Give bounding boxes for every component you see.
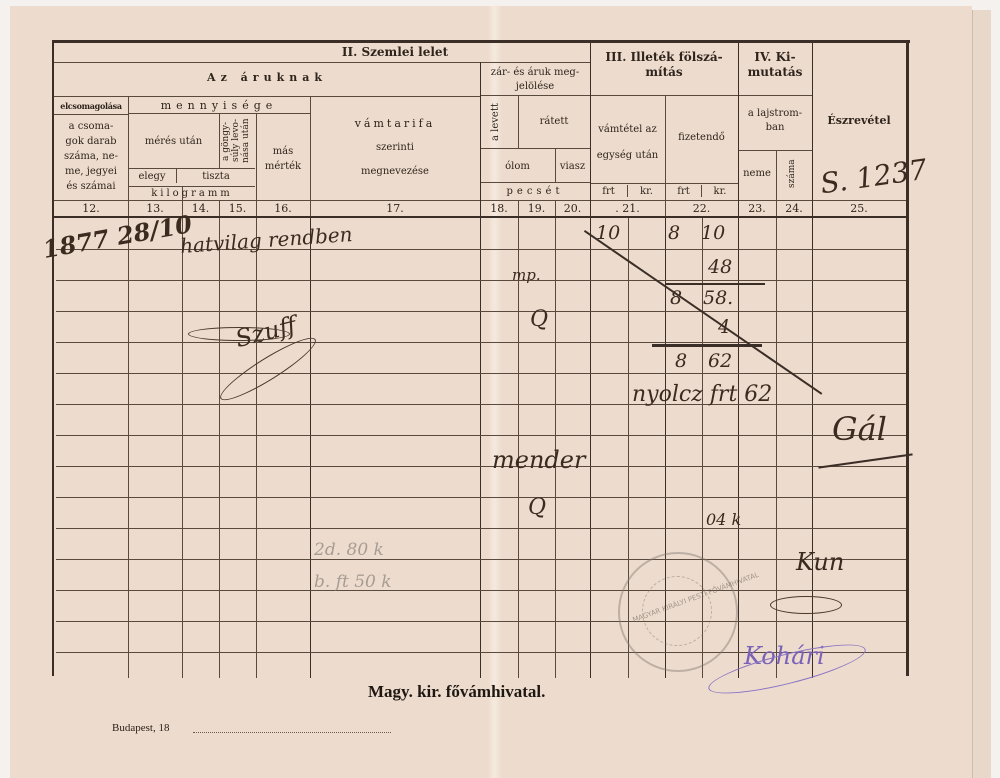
unit-label: kilogramm: [128, 188, 256, 199]
customs-office-stamp: MAGYAR KIRÁLYI PESTI FŐVÁMHIVATAL: [618, 552, 738, 672]
written-total-handwriting: nyolcz frt 62: [632, 382, 772, 407]
register-label: a lajstrom-: [738, 108, 812, 119]
tariff-label-2: szerinti: [310, 142, 480, 153]
frt-label-22: frt: [665, 186, 702, 197]
section-iv-title-2: mutatás: [738, 66, 812, 79]
applied-label: rátett: [518, 116, 590, 127]
packaging-header: elcsomagolása: [54, 102, 128, 111]
sum-line-1: [665, 283, 765, 285]
lead-label: ólom: [480, 161, 555, 172]
section-ii-title: II. Szemlei lelet: [310, 46, 480, 59]
mark-2-handwriting: Q: [528, 495, 546, 520]
tariff-label-3: megnevezése: [310, 166, 480, 177]
signature-2: Gál: [832, 410, 887, 448]
signature-3: Kun: [796, 548, 844, 576]
net-label: tiszta: [176, 171, 256, 182]
seal-header: zár- és áruk meg-: [480, 67, 590, 78]
amount-kr-2: 48: [708, 256, 732, 278]
other-measure-label: más: [256, 146, 310, 157]
pencil-note-2: b. ft 50 k: [314, 572, 392, 592]
rate-label-2: egység után: [590, 150, 665, 161]
section-iii-title: III. Illeték fölszá-: [590, 51, 738, 64]
kr-label-22: kr.: [702, 186, 738, 197]
paper-back-sheet-edge: [972, 10, 991, 778]
number-label: száma: [788, 152, 797, 196]
signature-3-flourish: [770, 596, 842, 614]
sum-line-2: [652, 344, 762, 347]
other-measure-label-2: mérték: [256, 161, 310, 172]
seal-header-2: jelölése: [480, 81, 590, 92]
amount-kr-1: 10: [701, 222, 725, 244]
quantity-header: mennyisége: [128, 100, 310, 112]
amount-frt-total: 8: [675, 350, 687, 372]
frt-label-21: frt: [590, 186, 627, 197]
seal-label: pecsét: [480, 186, 590, 197]
removed-label: a levett: [491, 100, 501, 144]
goods-header: Az áruknak: [54, 72, 480, 84]
pencil-note-1: 2d. 80 k: [314, 540, 384, 560]
section-iv-title: IV. Ki-: [738, 51, 812, 64]
place-date-label: Budapest, 18: [112, 722, 169, 734]
gross-label: elegy: [128, 171, 176, 182]
wax-label: viasz: [555, 161, 590, 172]
kind-label: neme: [738, 168, 776, 179]
signature-1-underline-loop: [188, 327, 290, 341]
date-fill-line: [193, 732, 391, 733]
office-name: Magy. kir. fővámhivatal.: [368, 682, 545, 702]
mender-note-handwriting: mender: [492, 446, 585, 474]
amount-frt-1: 8: [668, 222, 680, 244]
mark-1-handwriting: Q: [530, 307, 548, 332]
amount-kr-3: 58.: [703, 287, 733, 309]
section-iii-title-2: mítás: [590, 66, 738, 79]
amount-kr-total: 62: [708, 350, 732, 372]
register-label-2: ban: [738, 122, 812, 133]
tariff-label: vámtarifa: [310, 118, 480, 130]
remarks-header: Észrevétel: [812, 115, 906, 127]
weighing-label: mérés után: [128, 136, 219, 147]
payable-label: fizetendő: [665, 132, 738, 143]
seal-note-handwriting: mp.: [512, 266, 541, 284]
amount-04-handwriting: 04 k: [706, 510, 741, 529]
rate-label: vámtétel az: [590, 124, 665, 135]
kr-label-21: kr.: [628, 186, 665, 197]
